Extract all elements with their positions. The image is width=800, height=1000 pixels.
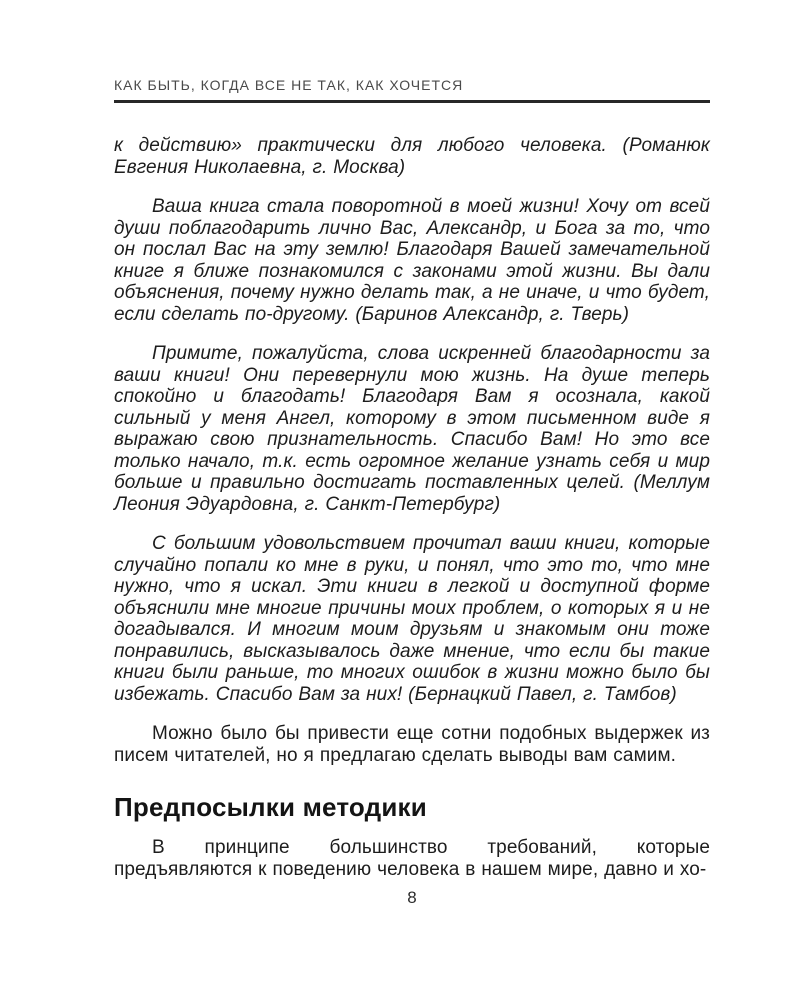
section-body-paragraph: В принципе большинство требований, котор… (114, 837, 710, 880)
book-page: КАК БЫТЬ, КОГДА ВСЕ НЕ ТАК, КАК ХОЧЕТСЯ … (0, 0, 800, 1000)
header-rule (114, 100, 710, 103)
running-head-title: КАК БЫТЬ, КОГДА ВСЕ НЕ ТАК, КАК ХОЧЕТСЯ (114, 77, 710, 93)
narration-paragraph: Можно было бы привести еще сотни подобны… (114, 723, 710, 766)
testimonial-paragraph-bernatsky: С большим удовольствием прочитал ваши кн… (114, 533, 710, 705)
testimonial-paragraph-continued: к действию» практически для любого челов… (114, 135, 710, 178)
testimonial-paragraph-mellum: Примите, пожалуйста, слова искренней бла… (114, 343, 710, 515)
testimonial-paragraph-barinov: Ваша книга стала поворотной в моей жизни… (114, 196, 710, 325)
section-heading: Предпосылки методики (114, 792, 710, 823)
running-head: КАК БЫТЬ, КОГДА ВСЕ НЕ ТАК, КАК ХОЧЕТСЯ (114, 77, 710, 103)
page-number: 8 (114, 888, 710, 908)
page-content: к действию» практически для любого челов… (114, 135, 710, 898)
page-footer: 8 (114, 888, 710, 908)
